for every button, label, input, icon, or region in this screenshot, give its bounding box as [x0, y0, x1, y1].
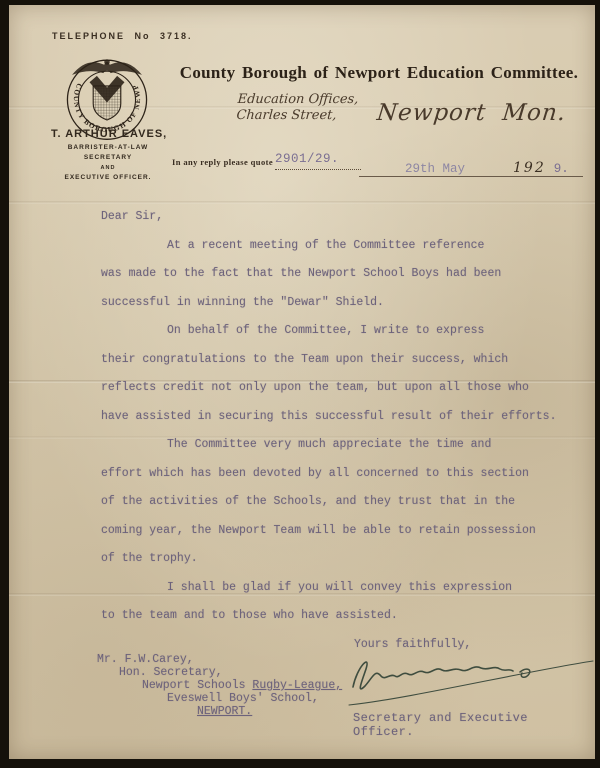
- letter-page: TELEPHONE No 3718. COUNTY BOROUGH OF NEW…: [9, 5, 595, 759]
- official-name: T. ARTHUR EAVES,: [51, 128, 179, 140]
- body-line: reflects credit not only upon the team, …: [101, 381, 577, 410]
- seal-crest-head: [104, 59, 110, 65]
- official-title: BARRISTER-AT-LAW: [37, 144, 179, 151]
- body-line: their congratulations to the Team upon t…: [101, 353, 577, 382]
- body-line: of the trophy.: [101, 552, 577, 581]
- body-line: I shall be glad if you will convey this …: [101, 581, 577, 610]
- body-line: effort which has been devoted by all con…: [101, 467, 577, 496]
- place-name: Newport Mon.: [376, 100, 568, 126]
- reference-label: In any reply please quote: [172, 157, 273, 167]
- official-title: EXECUTIVE OFFICER.: [37, 174, 179, 181]
- recipient-title: Hon. Secretary,: [119, 666, 342, 679]
- office-address: Education Offices, Charles Street,: [236, 92, 359, 124]
- body-line: of the activities of the Schools, and th…: [101, 495, 577, 524]
- date-typed-year: 9.: [554, 162, 569, 176]
- recipient-school: Eveswell Boys' School,: [167, 692, 342, 705]
- paper-crease: [9, 201, 595, 204]
- office-address-line1: Education Offices,: [237, 92, 359, 108]
- telephone-number: TELEPHONE No 3718.: [52, 31, 193, 41]
- official-title: SECRETARY: [37, 154, 179, 161]
- body-line: On behalf of the Committee, I write to e…: [101, 324, 577, 353]
- body-line: have assisted in securing this successfu…: [101, 410, 577, 439]
- recipient-name: Mr. F.W.Carey,: [97, 653, 342, 666]
- signature-flourish-line: [349, 661, 593, 705]
- recipient-block: Mr. F.W.Carey, Hon. Secretary, Newport S…: [97, 653, 342, 718]
- date-line: 29th May 192 9.: [359, 153, 583, 177]
- body-line: was made to the fact that the Newport Sc…: [101, 267, 577, 296]
- official-title: AND: [37, 165, 179, 171]
- committee-title: County Borough of Newport Education Comm…: [167, 63, 591, 83]
- signature-strokes: [353, 662, 513, 689]
- letter-body: Dear Sir, At a recent meeting of the Com…: [101, 210, 577, 666]
- handwritten-signature: [337, 631, 600, 719]
- body-line: The Committee very much appreciate the t…: [101, 438, 577, 467]
- salutation: Dear Sir,: [101, 210, 577, 239]
- reference-line: In any reply please quote2901/29.: [172, 155, 361, 170]
- body-line: At a recent meeting of the Committee ref…: [101, 239, 577, 268]
- date-printed-century: 192: [513, 160, 546, 176]
- date-typed: 29th May: [405, 162, 465, 176]
- official-block: T. ARTHUR EAVES, BARRISTER-AT-LAW SECRET…: [37, 128, 179, 181]
- reference-dotted-line: 2901/29.: [275, 155, 361, 170]
- signatory-title: Secretary and Executive Officer.: [353, 711, 595, 739]
- recipient-town: NEWPORT.: [197, 705, 342, 718]
- body-line: coming year, the Newport Team will be ab…: [101, 524, 577, 553]
- reference-number: 2901/29.: [275, 152, 339, 166]
- body-line: successful in winning the "Dewar" Shield…: [101, 296, 577, 325]
- office-address-line2: Charles Street,: [236, 108, 358, 124]
- recipient-organisation: Newport Schools Rugby-League,: [142, 679, 342, 692]
